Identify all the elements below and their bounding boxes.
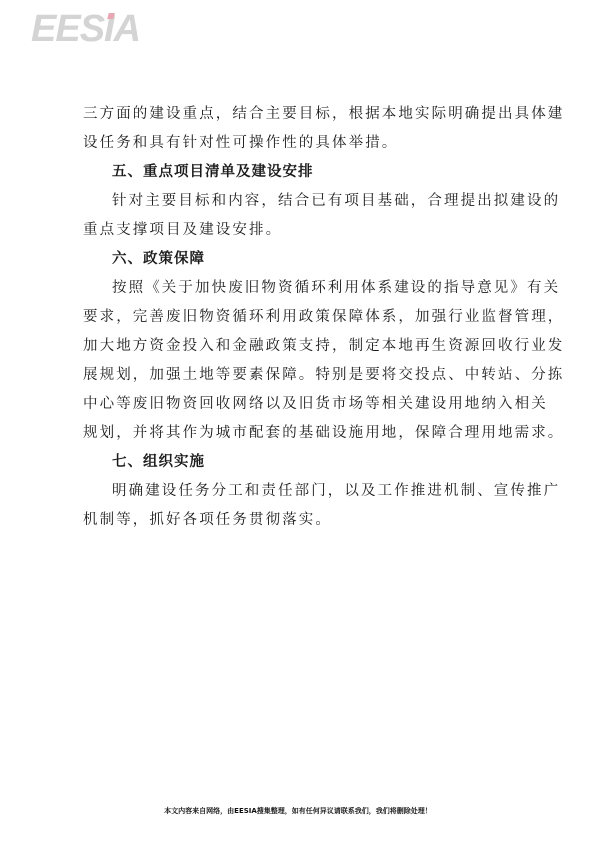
document-body: 三方面的建设重点，结合主要目标，根据本地实际明确提出具体建 设任务和具有针对性可…	[83, 100, 523, 535]
section-heading-5: 五、重点项目清单及建设安排	[83, 158, 523, 187]
section-heading-7: 七、组织实施	[83, 448, 523, 477]
body-line: 中心等废旧物资回收网络以及旧货市场等相关建设用地纳入相关	[83, 390, 523, 419]
body-line: 按照《关于加快废旧物资循环利用体系建设的指导意见》有关	[83, 274, 523, 303]
body-line: 三方面的建设重点，结合主要目标，根据本地实际明确提出具体建	[83, 100, 523, 129]
body-line: 加大地方资金投入和金融政策支持，制定本地再生资源回收行业发	[83, 332, 523, 361]
body-line: 机制等，抓好各项任务贯彻落实。	[83, 506, 523, 535]
body-line: 规划，并将其作为城市配套的基础设施用地，保障合理用地需求。	[83, 419, 523, 448]
body-line: 重点支撑项目及建设安排。	[83, 216, 523, 245]
body-line: 要求，完善废旧物资循环利用政策保障体系，加强行业监督管理，	[83, 303, 523, 332]
body-line: 展规划，加强土地等要素保障。特别是要将交投点、中转站、分拣	[83, 361, 523, 390]
body-line: 设任务和具有针对性可操作性的具体举措。	[83, 129, 523, 158]
section-heading-6: 六、政策保障	[83, 245, 523, 274]
body-line: 明确建设任务分工和责任部门，以及工作推进机制、宣传推广	[83, 477, 523, 506]
logo-text: EESIA	[31, 8, 140, 50]
footer-disclaimer: 本文内容来自网络，由EESIA搜集整理，如有任何异议请联系我们，我们将删除处理！	[0, 806, 596, 816]
eesia-logo: EESIA	[31, 9, 140, 49]
body-line: 针对主要目标和内容，结合已有项目基础，合理提出拟建设的	[83, 187, 523, 216]
